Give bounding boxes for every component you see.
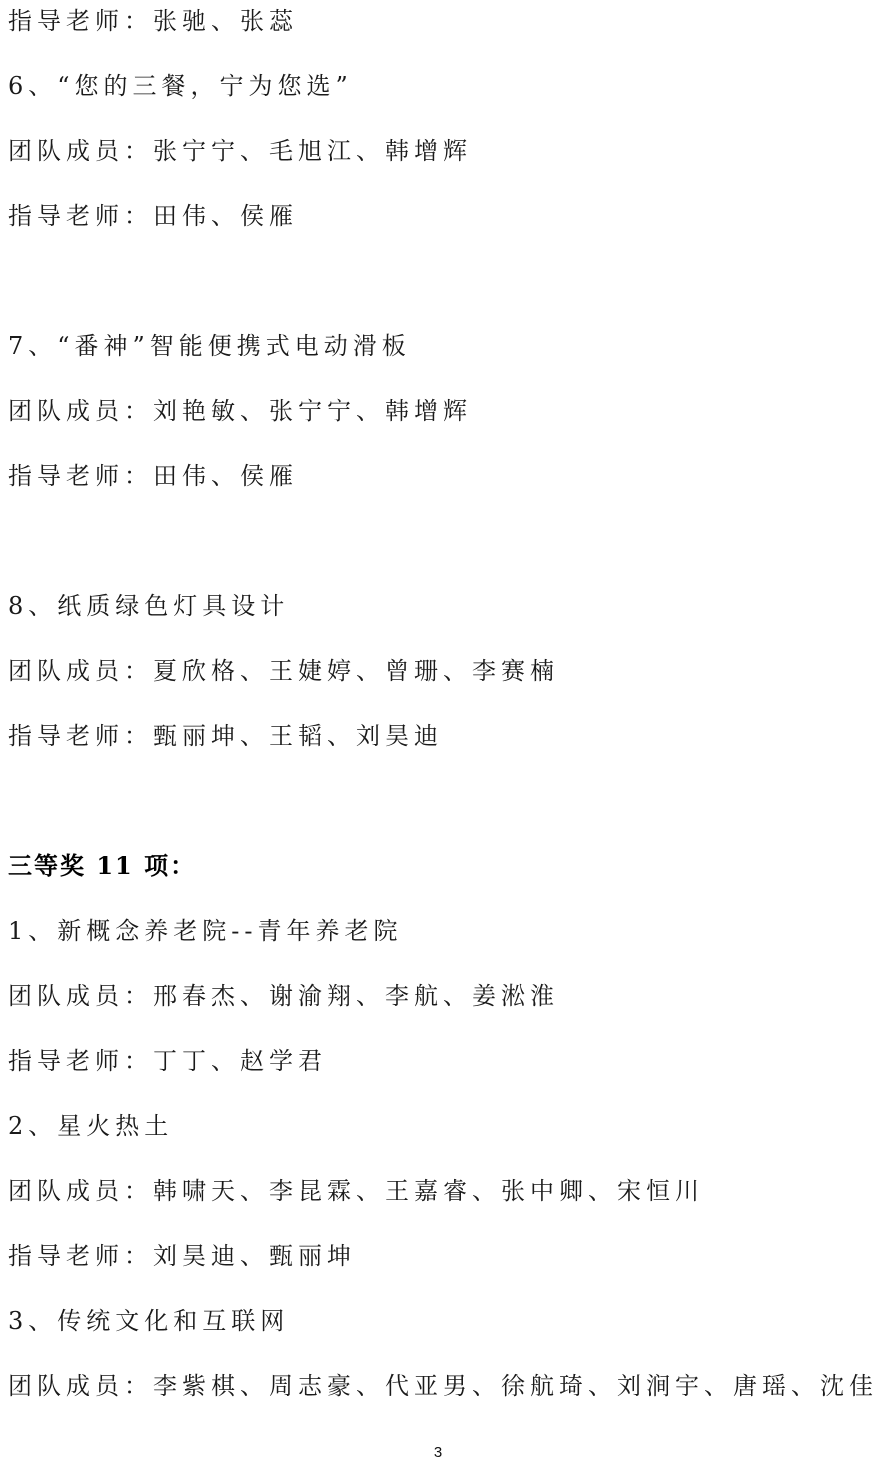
page-number: 3 xyxy=(0,1444,876,1461)
advisors-line: 指导老师：田伟、侯雁 xyxy=(8,461,298,491)
members-line: 团队成员：夏欣格、王婕婷、曾珊、李赛楠 xyxy=(8,656,559,686)
project-title-line: 3、传统文化和互联网 xyxy=(8,1306,289,1336)
project-title-line: 7、“番神”智能便携式电动滑板 xyxy=(8,331,411,361)
project-title-line: 8、纸质绿色灯具设计 xyxy=(8,591,289,621)
document-page: 指导老师：张驰、张蕊 6、“您的三餐，宁为您选” 团队成员：张宁宁、毛旭江、韩增… xyxy=(0,0,876,1469)
advisors-line: 指导老师：田伟、侯雁 xyxy=(8,201,298,231)
members-line: 团队成员：刘艳敏、张宁宁、韩增辉 xyxy=(8,396,472,426)
project-title-line: 6、“您的三餐，宁为您选” xyxy=(8,71,353,101)
members-line: 团队成员：韩啸天、李昆霖、王嘉睿、张中卿、宋恒川 xyxy=(8,1176,704,1206)
members-line: 团队成员：张宁宁、毛旭江、韩增辉 xyxy=(8,136,472,166)
members-line: 团队成员：邢春杰、谢渝翔、李航、姜淞淮 xyxy=(8,981,559,1011)
members-line: 团队成员：李紫棋、周志豪、代亚男、徐航琦、刘涧宇、唐瑶、沈佳 xyxy=(8,1371,876,1401)
advisors-line: 指导老师：刘昊迪、甄丽坤 xyxy=(8,1241,356,1271)
project-title-line: 1、新概念养老院--青年养老院 xyxy=(8,916,403,946)
advisors-line: 指导老师：丁丁、赵学君 xyxy=(8,1046,327,1076)
project-title-line: 2、星火热土 xyxy=(8,1111,173,1141)
section-heading: 三等奖 11 项： xyxy=(8,851,196,881)
advisors-line: 指导老师：甄丽坤、王韬、刘昊迪 xyxy=(8,721,443,751)
advisors-line: 指导老师：张驰、张蕊 xyxy=(8,6,298,36)
